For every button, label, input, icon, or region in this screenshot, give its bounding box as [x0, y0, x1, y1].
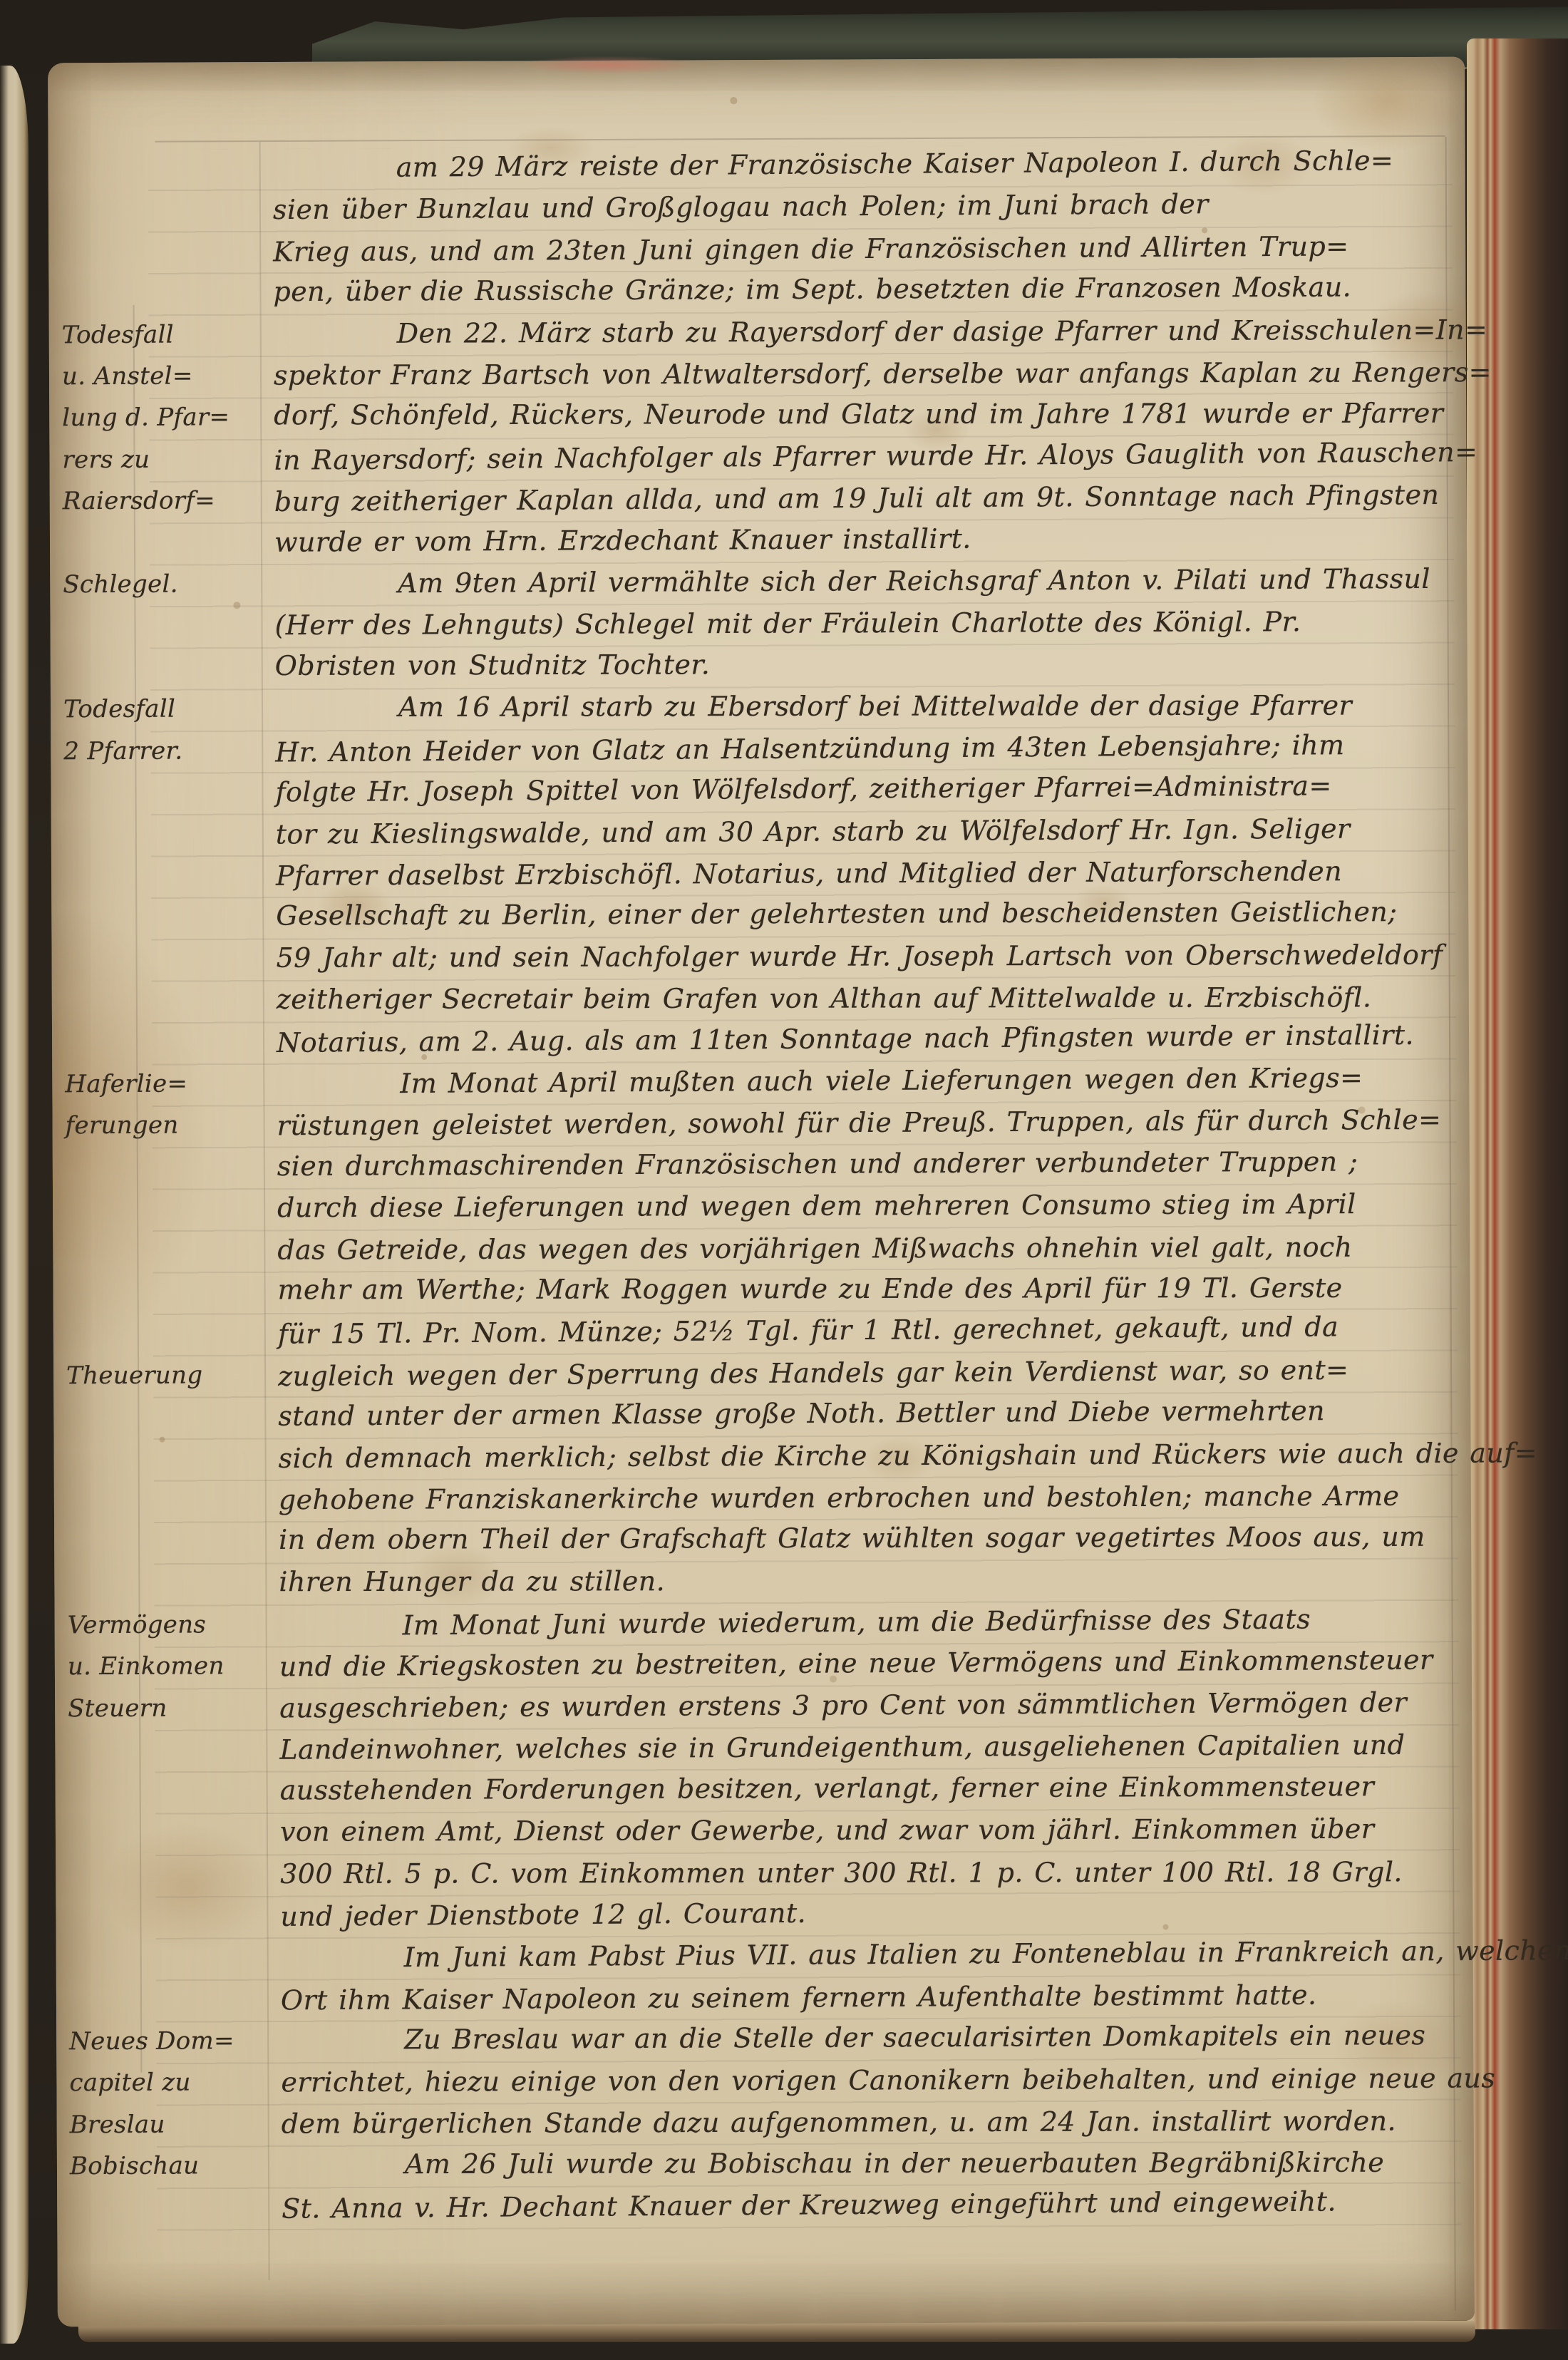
body-text: am 29 März reiste der Französische Kaise…	[48, 142, 1475, 2230]
text-line: pen, über die Russische Gränze; im Sept.…	[48, 266, 1465, 314]
text-line: Am 16 April starb zu Ebersdorf bei Mitte…	[51, 685, 1468, 729]
text-line: Am 26 Juli wurde zu Bobischau in der neu…	[57, 2141, 1474, 2185]
text-line: mehr am Werthe; Mark Roggen wurde zu End…	[53, 1267, 1470, 1311]
text-line: Pfarrer daselbst Erzbischöfl. Notarius, …	[51, 850, 1468, 897]
book-photograph: Todesfallu. Anstel=lung d. Pfar=rers zuR…	[0, 0, 1568, 2360]
text-line: und die Kriegskosten zu bestreiten, eine…	[55, 1639, 1472, 1689]
text-line: Im Monat April mußten auch viele Lieferu…	[52, 1056, 1469, 1107]
text-line: gehobene Franziskanerkirche wurden erbro…	[54, 1475, 1471, 1521]
text-line: zeitheriger Secretair beim Grafen von Al…	[52, 977, 1469, 1021]
text-line: durch diese Lieferungen und wegen dem me…	[53, 1183, 1470, 1230]
text-line: Zu Breslau war an die Stelle der saecula…	[56, 2014, 1473, 2062]
text-line: 59 Jahr alt; und sein Nachfolger wurde H…	[51, 934, 1468, 979]
text-line: Obristen von Studnitz Tochter.	[51, 641, 1468, 687]
text-line: errichtet, hiezu einige von den vorigen …	[56, 2057, 1473, 2103]
text-line: wurde er vom Hrn. Erzdechant Knauer inst…	[50, 515, 1467, 565]
text-line: ausgeschrieben; es wurden erstens 3 pro …	[55, 1681, 1472, 1731]
text-line: (Herr des Lehnguts) Schlegel mit der Frä…	[50, 601, 1467, 647]
text-line: tor zu Kieslingswalde, und am 30 Apr. st…	[51, 807, 1468, 856]
text-line: ausstehenden Forderungen besitzen, verla…	[56, 1766, 1472, 1812]
text-line: dem bürgerlichen Stande dazu aufgenommen…	[57, 2100, 1474, 2145]
text-line: sien durchmaschirenden Französischen und…	[53, 1140, 1470, 1188]
text-line: spektor Franz Bartsch von Altwaltersdorf…	[49, 351, 1466, 397]
text-line: 300 Rtl. 5 p. C. vom Einkommen unter 300…	[56, 1851, 1472, 1895]
text-line: sich demnach merklich; selbst die Kirche…	[53, 1432, 1470, 1480]
text-line: Am 9ten April vermählte sich der Reichsg…	[50, 558, 1467, 606]
text-line: folgte Hr. Joseph Spittel von Wölfelsdor…	[51, 764, 1468, 815]
text-line: St. Anna v. Hr. Dechant Knauer der Kreuz…	[57, 2180, 1474, 2231]
text-line: dorf, Schönfeld, Rückers, Neurode und Gl…	[49, 393, 1466, 437]
text-line: in dem obern Theil der Grafschaft Glatz …	[54, 1516, 1471, 1562]
previous-page-edge	[0, 66, 29, 2344]
page-edge-tint	[492, 53, 727, 77]
text-line: Gesellschaft zu Berlin, einer der gelehr…	[51, 891, 1468, 937]
text-line: das Getreide, das wegen des vorjährigen …	[53, 1226, 1470, 1272]
text-line: stand unter der armen Klasse große Noth.…	[53, 1389, 1470, 1438]
manuscript-page: Todesfallu. Anstel=lung d. Pfar=rers zuR…	[48, 57, 1475, 2327]
text-line: Den 22. März starb zu Rayersdorf der das…	[49, 309, 1466, 355]
text-line: sien über Bunzlau und Großglogau nach Po…	[48, 182, 1465, 232]
text-line: Landeinwohner, welches sie in Grundeigen…	[55, 1724, 1472, 1772]
text-line: Im Juni kam Pabst Pius VII. aus Italien …	[56, 1930, 1473, 1981]
text-line: von einem Amt, Dienst oder Gewerbe, und …	[56, 1808, 1472, 1854]
text-line: ihren Hunger da zu stillen.	[54, 1559, 1471, 1603]
